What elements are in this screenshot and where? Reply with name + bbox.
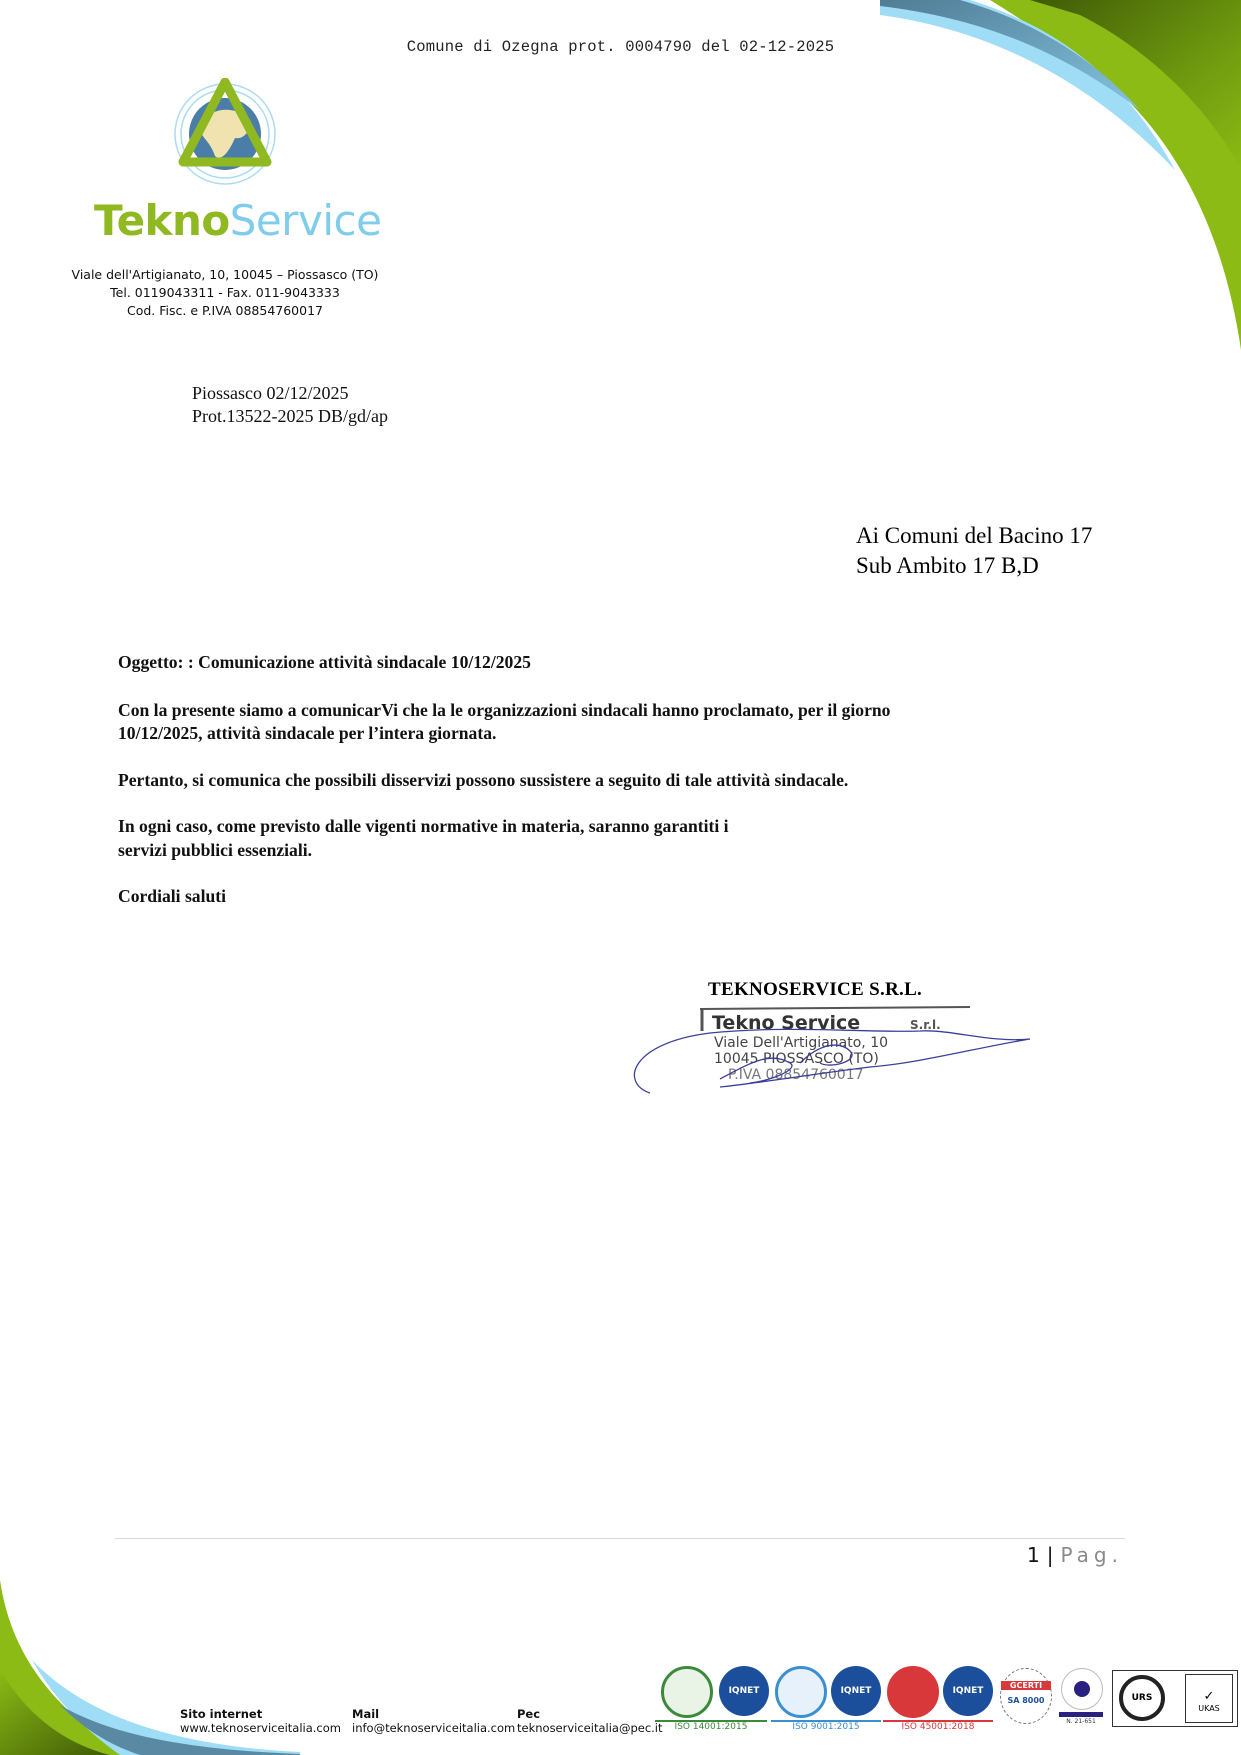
letterhead-address: Viale dell'Artigianato, 10, 10045 – Pios… [70,266,380,320]
protocol-header: Comune di Ozegna prot. 0004790 del 02-12… [0,38,1241,56]
recipient-block: Ai Comuni del Bacino 17 Sub Ambito 17 B,… [856,521,1092,581]
iso45001-label: ISO 45001:2018 [883,1720,993,1732]
paragraph-disruption: Pertanto, si comunica che possibili diss… [118,769,1068,793]
paragraph-essential-services: In ogni caso, come previsto dalle vigent… [118,815,1068,862]
place-date: Piossasco 02/12/2025 [192,382,388,405]
stamp-line-3: 10045 PIOSSASCO (TO) [714,1051,879,1067]
stamp-line-1-suffix: S.r.l. [910,1018,941,1032]
recycle-globe-icon [165,78,285,188]
footer-divider [115,1538,1125,1539]
urs-globe-icon: URS [1119,1675,1165,1721]
document-page: Comune di Ozegna prot. 0004790 del 02-12… [0,0,1241,1755]
signing-company: TEKNOSERVICE S.R.L. [708,979,922,1001]
closing-salutation: Cordiali saluti [118,885,1068,909]
social-accountability-badge-icon [1061,1668,1103,1710]
email-link[interactable]: info@teknoserviceitalia.com [352,1721,515,1735]
tax-id-line: Cod. Fisc. e P.IVA 08854760017 [70,302,380,320]
paragraph-announcement: Con la presente siamo a comunicarVi che … [118,699,1068,746]
brand-wordmark: TeknoService [94,200,381,242]
iqnet-badge-icon: IQNET [943,1666,993,1716]
signature-block: TEKNOSERVICE S.R.L. Tekno Service S.r.l.… [620,975,1040,1095]
iso9001-label: ISO 9001:2015 [771,1720,881,1732]
stamp-line-4: P.IVA 08854760017 [728,1067,864,1083]
place-date-block: Piossasco 02/12/2025 Prot.13522-2025 DB/… [192,382,388,428]
company-stamp: Tekno Service S.r.l. Viale Dell'Artigian… [620,1003,1040,1095]
iso45001-badge-icon [887,1666,939,1718]
iqnet-badge-icon: IQNET [831,1666,881,1716]
address-line: Viale dell'Artigianato, 10, 10045 – Pios… [70,266,380,284]
subject-line: Oggetto: : Comunicazione attività sindac… [118,651,1068,675]
urs-ukas-badge: URS ✓ UKAS [1112,1670,1238,1727]
iso9001-badge-icon [775,1666,827,1718]
gcerti-sa8000-badge-icon: GCERTI SA 8000 [1000,1668,1052,1724]
website-link[interactable]: www.teknoserviceitalia.com [180,1721,341,1735]
contact-website: Sito internet www.teknoserviceitalia.com [180,1707,341,1735]
page-number: 1|Pag. [1027,1543,1123,1567]
recipient-line-1: Ai Comuni del Bacino 17 [856,521,1092,551]
recipient-line-2: Sub Ambito 17 B,D [856,551,1092,581]
contact-pec: Pec teknoserviceitalia@pec.it [517,1707,663,1735]
letter-body: Oggetto: : Comunicazione attività sindac… [118,651,1068,932]
iso14001-badge-icon [661,1666,713,1718]
phone-line: Tel. 0119043311 - Fax. 011-9043333 [70,284,380,302]
iso14001-label: ISO 14001:2015 [655,1720,767,1732]
contact-mail: Mail info@teknoserviceitalia.com [352,1707,515,1735]
stamp-line-2: Viale Dell'Artigianato, 10 [714,1035,888,1051]
certification-badges: IQNET ISO 14001:2015 IQNET ISO 9001:2015… [655,1660,1241,1745]
company-letterhead: TeknoService Viale dell'Artigianato, 10,… [70,78,380,328]
protocol-reference: Prot.13522-2025 DB/gd/ap [192,405,388,428]
iqnet-badge-icon: IQNET [719,1666,769,1716]
ukas-mark-icon: ✓ UKAS [1185,1674,1233,1723]
pec-link[interactable]: teknoserviceitalia@pec.it [517,1721,663,1735]
